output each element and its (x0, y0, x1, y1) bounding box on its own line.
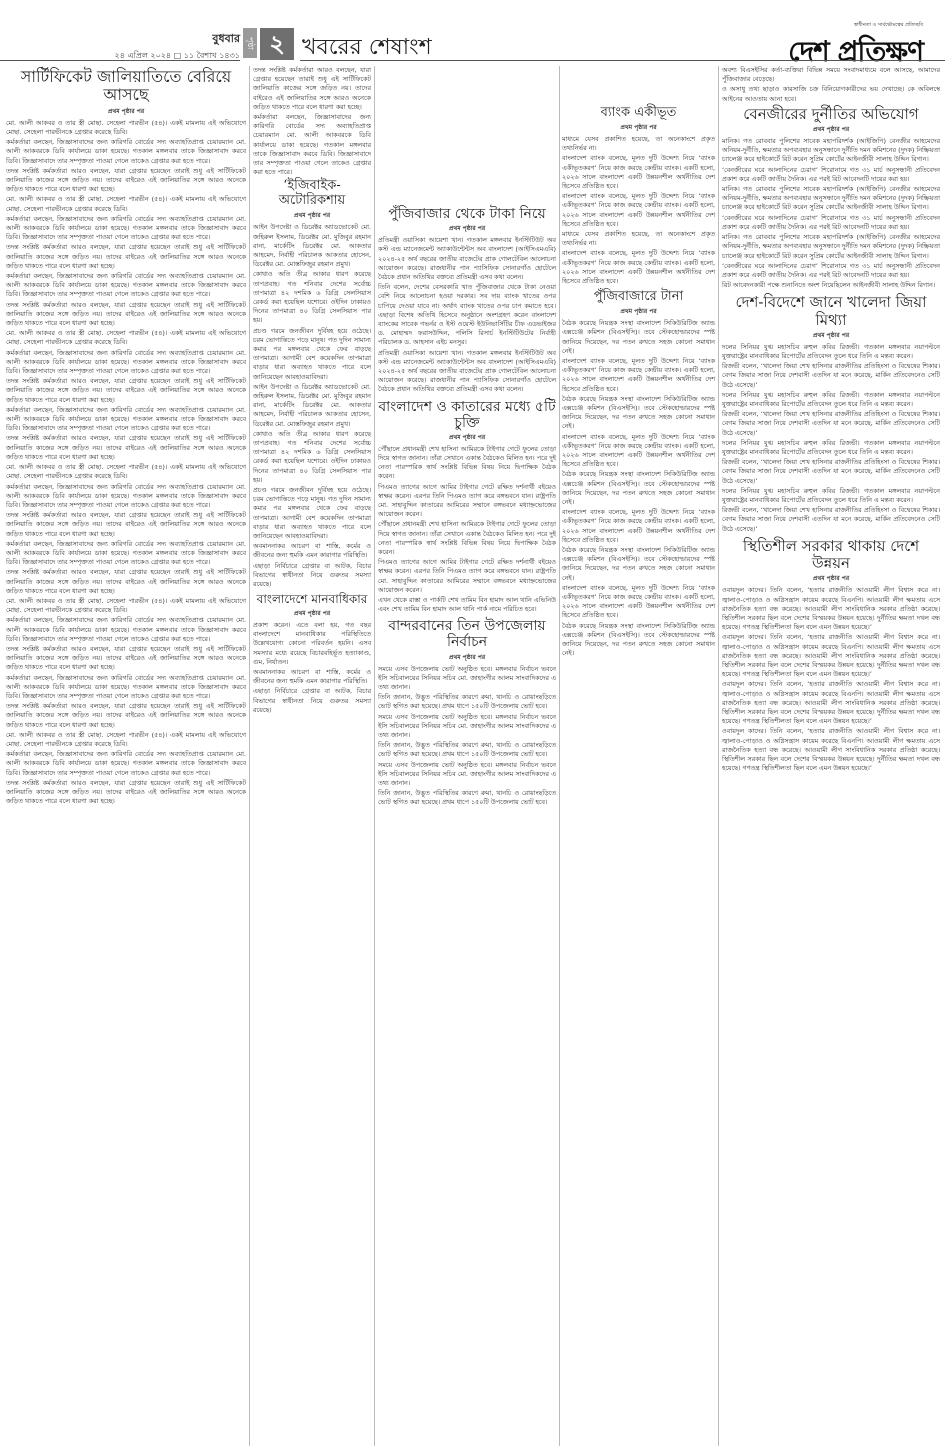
column-2: তদন্ত সংশ্লিষ্ট কর্মকর্তারা আরও বলছেন, য… (253, 66, 371, 719)
paragraph: তদন্ত সংশ্লিষ্ট কর্মকর্তারা আরও বলছেন, য… (6, 645, 246, 673)
paragraph: ‘বেনজীরের ঘরে আলাদিনের চেরাগ’ শিরোনামে গ… (722, 214, 940, 232)
article-body-continued: অবশ্য বিএসইসির কর্তা-ব্যক্তিরা বিভিন্ন স… (722, 66, 940, 104)
headline: ব্যাংক একীভূত (562, 106, 715, 121)
weekday: বুধবার (90, 30, 240, 49)
paragraph: মো. আলী আকবর ও তার স্ত্রী মোছা. সেহেলা প… (6, 731, 246, 749)
paragraph: প্রকাশ করেন। এতে বলা হয়, গত বছর বাংলাদে… (253, 621, 371, 667)
paragraph: তদন্ত সংশ্লিষ্ট কর্মকর্তারা আরও বলছেন, য… (253, 66, 371, 112)
paragraph: ওবায়দুল কাদের। তিনি বলেন, ‘হত্যার রাজনী… (722, 680, 940, 726)
kicker: প্রথম পৃষ্ঠার পর (562, 306, 715, 317)
paragraph: সময়ে এসব উপজেলায় ভোট অনুষ্ঠিত হবে। মঙ্… (378, 665, 556, 693)
article-bangladesh-qatar: বাংলাদেশ ও কাতারের মধ্যে ৫টি চুক্তি প্রথ… (378, 399, 556, 615)
paragraph: মো. আলী আকবর ও তার স্ত্রী মোছা. সেহেলা প… (6, 463, 246, 481)
paragraph: দলের সিনিয়র যুগ্ম মহাসচিব রুহুল কবির রি… (722, 487, 940, 505)
article-body: ওবায়দুল কাদের। তিনি বলেন, ‘হত্যার রাজনী… (722, 586, 940, 773)
paragraph: মো. আলী আকবর ও তার স্ত্রী মোছা. সেহেলা প… (6, 195, 246, 213)
paragraph: বাংলাদেশ ব্যাংক বলেছে, মূলত দুটি উদ্দেশ্… (562, 433, 715, 470)
paragraph: পৌঁছালে প্রধানমন্ত্রী শেখ হাসিনা আমিরকে … (378, 520, 556, 557)
article-benazir: বেনজীরের দুর্নীতির অভিযোগ প্রথম পৃষ্ঠার … (722, 106, 940, 291)
kicker: প্রথম পৃষ্ঠার পর (562, 122, 715, 133)
article-khaleda: দেশ-বিদেশে জানে খালেদা জিয়া মিথ্যা প্রথ… (722, 294, 940, 534)
section-title: খবরের শেষাংশ (302, 30, 432, 67)
paragraph: এছাড়া নির্বিচারে গ্রেপ্তার বা আটক, বিচা… (253, 562, 371, 590)
paragraph: প্রতিমন্ত্রী ওয়াসিকা আয়েশা খান। গতকাল … (378, 236, 556, 282)
article-body-continued: তদন্ত সংশ্লিষ্ট কর্মকর্তারা আরও বলছেন, য… (253, 66, 371, 177)
paragraph: তদন্ত সংশ্লিষ্ট কর্মকর্তারা আরও বলছেন, য… (6, 779, 246, 807)
article-body: মাধ্যমে যেসব প্রকাশিত হয়েছে, তা অনেকাংশ… (562, 135, 715, 286)
paragraph: রিট আবেদনকারী পক্ষে শুনানিতে অংশ নিয়েছি… (722, 281, 940, 290)
headline: পুঁজিবাজারে টানা (562, 290, 715, 305)
headline: বেনজীরের দুর্নীতির অভিযোগ (722, 106, 940, 123)
paragraph: মো. আলী আকবর ও তার স্ত্রী মোছা. সেহেলা প… (6, 597, 246, 615)
paragraph: মাধ্যমে যেসব প্রকাশিত হয়েছে, তা অনেকাংশ… (562, 230, 715, 248)
paragraph: মো. আলী আকবর ও তার স্ত্রী মোছা. সেহেলা প… (6, 329, 246, 347)
paragraph: অবশ্য বিএসইসির কর্তা-ব্যক্তিরা বিভিন্ন স… (722, 66, 940, 84)
headline: বাংলাদেশ ও কাতারের মধ্যে ৫টি চুক্তি (378, 399, 556, 431)
article-body: দলের সিনিয়র যুগ্ম মহাসচিব রুহুল কবির রি… (722, 343, 940, 534)
paragraph: প্রতিমন্ত্রী ওয়াসিকা আয়েশা খান। গতকাল … (378, 349, 556, 395)
paragraph: মাধ্যমে যেসব প্রকাশিত হয়েছে, তা অনেকাংশ… (562, 135, 715, 153)
paragraph: বৈঠক করেছে নিয়ন্ত্রক সংস্থা বাংলাদেশ সি… (562, 395, 715, 432)
article-body: মো. আলী আকবর ও তার স্ত্রী মোছা. সেহেলা প… (6, 119, 246, 807)
headline: বান্দরবানের তিন উপজেলায় নির্বাচন (378, 618, 556, 650)
article-bandarban: বান্দরবানের তিন উপজেলায় নির্বাচন প্রথম … (378, 618, 556, 807)
paragraph: কর্মকর্তারা বলছেন, জিজ্ঞাসাবাদের জন্য কা… (6, 750, 246, 778)
column-divider (249, 66, 250, 1446)
kicker: প্রথম পৃষ্ঠার পর (378, 432, 556, 443)
column-divider (718, 66, 719, 1446)
paragraph: তদন্ত সংশ্লিষ্ট কর্মকর্তারা আরও বলছেন, য… (6, 511, 246, 539)
paragraph: রিজভী বলেন, ‘খালেদা জিয়া শেখ হাসিনার রা… (722, 506, 940, 534)
paragraph: তদন্ত সংশ্লিষ্ট কর্মকর্তারা আরও বলছেন, য… (6, 243, 246, 271)
paragraph: কর্মকর্তারা বলছেন, জিজ্ঞাসাবাদের জন্য কা… (6, 483, 246, 511)
kicker: প্রথম পৃষ্ঠার পর (378, 652, 556, 663)
article-body: সময়ে এসব উপজেলায় ভোট অনুষ্ঠিত হবে। মঙ্… (378, 665, 556, 808)
kicker: প্রথম পৃষ্ঠার পর (253, 608, 371, 619)
paragraph: তিনি জানান, উদ্ভূত পরিস্থিতির কারণে রুমা… (378, 741, 556, 759)
header-rule-right (300, 60, 945, 61)
paragraph: কর্মকর্তারা বলছেন, জিজ্ঞাসাবাদের জন্য কা… (6, 674, 246, 702)
paragraph: বৈঠক করেছে নিয়ন্ত্রক সংস্থা বাংলাদেশ সি… (562, 622, 715, 659)
article-capital-market: পুঁজিবাজার থেকে টাকা নিয়ে প্রথম পৃষ্ঠার… (378, 206, 556, 395)
paragraph: ওবায়দুল কাদের। তিনি বলেন, ‘হত্যার রাজনী… (722, 727, 940, 773)
article-body: প্রকাশ করেন। এতে বলা হয়, গত বছর বাংলাদে… (253, 621, 371, 715)
paragraph: পৌঁছালে প্রধানমন্ত্রী শেখ হাসিনা আমিরকে … (378, 445, 556, 482)
paragraph: সময়ে এসব উপজেলায় ভোট অনুষ্ঠিত হবে। মঙ্… (378, 761, 556, 789)
paragraph: সময়ে এসব উপজেলায় ভোট অনুষ্ঠিত হবে। মঙ্… (378, 713, 556, 741)
article-body: পৌঁছালে প্রধানমন্ত্রী শেখ হাসিনা আমিরকে … (378, 445, 556, 615)
paragraph: ও অসাধু তথ্য ছাড়াও কারসাজি চক্র বিনিয়ো… (722, 85, 940, 103)
logo-tagline: স্বাধীনতা ও সার্বভৌমত্বের প্রতিচ্ছবি (788, 22, 923, 30)
paragraph: পিএমও ত্যাগের আগে আমির টাইগার গেটে রক্ষি… (378, 558, 556, 595)
paragraph: কর্মকর্তারা বলছেন, জিজ্ঞাসাবাদের জন্য কা… (6, 215, 246, 243)
kicker: প্রথম পৃষ্ঠার পর (722, 330, 940, 341)
issue-date: ২৪ এপ্রিল ২০২৪ □ ১১ বৈশাখ ১৪৩১ (90, 50, 240, 63)
paragraph: প্রচণ্ড গরমে জনজীবন দুর্বিষহ হয়ে ওঠেছে।… (253, 327, 371, 382)
column-divider (374, 66, 375, 1446)
paragraph: বাংলাদেশ ব্যাংক বলেছে, মূলত দুটি উদ্দেশ্… (562, 508, 715, 545)
paragraph: কোথাও অতি তীব্র আকার ধারণ করেছে তাপপ্রবা… (253, 430, 371, 485)
kicker: প্রথম পৃষ্ঠার পর (378, 223, 556, 234)
paragraph: কোথাও অতি তীব্র আকার ধারণ করেছে তাপপ্রবা… (253, 270, 371, 325)
paragraph: বাংলাদেশ ব্যাংক বলেছে, মূলত দুটি উদ্দেশ্… (562, 584, 715, 621)
paragraph: বাংলাদেশ ব্যাংক বলেছে, মূলত দুটি উদ্দেশ্… (562, 249, 715, 286)
paragraph: তদন্ত সংশ্লিষ্ট কর্মকর্তারা আরও বলছেন, য… (6, 702, 246, 730)
headline: ‘ইজিবাইক-অটোরিকশায় (253, 179, 371, 209)
paragraph: বৈঠক করেছে নিয়ন্ত্রক সংস্থা বাংলাদেশ সি… (562, 546, 715, 583)
headline: দেশ-বিদেশে জানে খালেদা জিয়া মিথ্যা (722, 294, 940, 329)
paragraph: রিজভী বলেন, ‘খালেদা জিয়া শেখ হাসিনার রা… (722, 410, 940, 438)
headline: বাংলাদেশে মানবাধিকার (253, 593, 371, 607)
kicker: প্রথম পৃষ্ঠার পর (6, 106, 246, 117)
paragraph: কর্মকর্তারা বলছেন, জিজ্ঞাসাবাদের জন্য কা… (6, 616, 246, 644)
paragraph: বাংলাদেশ ব্যাংক বলেছে, মূলত দুটি উদ্দেশ্… (562, 192, 715, 229)
paragraph: আইন উপদেষ্টা ও ডিরেক্টর অ্যাডভোকেট মো. জ… (253, 383, 371, 429)
paragraph: রিজভী বলেন, ‘খালেদা জিয়া শেখ হাসিনার রা… (722, 458, 940, 486)
paragraph: ওবায়দুল কাদের। তিনি বলেন, ‘হত্যার রাজনী… (722, 586, 940, 632)
article-easybike: ‘ইজিবাইক-অটোরিকশায় প্রথম পৃষ্ঠার পর আইন… (253, 179, 371, 589)
column-1: সার্টিফিকেট জালিয়াতিতে বেরিয়ে আসছে প্র… (6, 66, 246, 810)
kicker: প্রথম পৃষ্ঠার পর (722, 573, 940, 584)
paragraph: অবমাননাকর আচরণ বা শাস্তি, কর্মের ও জীবনে… (253, 542, 371, 560)
paragraph: কর্মকর্তারা বলছেন, জিজ্ঞাসাবাদের জন্য কা… (6, 138, 246, 166)
headline: স্থিতিশীল সরকার থাকায় দেশে উন্নয়ন (722, 538, 940, 573)
paragraph: তদন্ত সংশ্লিষ্ট কর্মকর্তারা আরও বলছেন, য… (6, 434, 246, 462)
page-number: ২ (260, 28, 294, 60)
paragraph: বৈঠক করেছে নিয়ন্ত্রক সংস্থা বাংলাদেশ সি… (562, 470, 715, 507)
article-bank-merger: ব্যাংক একীভূত প্রথম পৃষ্ঠার পর মাধ্যমে য… (562, 106, 715, 286)
kicker: প্রথম পৃষ্ঠার পর (722, 124, 940, 135)
kicker: প্রথম পৃষ্ঠার পর (253, 210, 371, 221)
article-body: আইন উপদেষ্টা ও ডিরেক্টর অ্যাডভোকেট মো. জ… (253, 223, 371, 589)
paragraph: তদন্ত সংশ্লিষ্ট কর্মকর্তারা আরও বলছেন, য… (6, 568, 246, 596)
paragraph: এখন থেকে রাস্তা ও পার্কটি শেখ তামিম বিন … (378, 596, 556, 614)
paragraph: দলের সিনিয়র যুগ্ম মহাসচিব রুহুল কবির রি… (722, 343, 940, 361)
paragraph: ‘বেনজীরের ঘরে আলাদিনের চেরাগ’ শিরোনামে গ… (722, 166, 940, 184)
paragraph: কর্মকর্তারা বলছেন, জিজ্ঞাসাবাদের জন্য কা… (6, 540, 246, 568)
page-label: পৃষ্ঠা (243, 28, 257, 58)
paragraph: কর্মকর্তারা বলছেন, জিজ্ঞাসাবাদের জন্য কা… (6, 349, 246, 377)
paragraph: বাংলাদেশ ব্যাংক বলেছে, মূলত দুটি উদ্দেশ্… (562, 154, 715, 191)
column-divider (559, 66, 560, 1446)
paragraph: মানিক। গত রোববার পুলিশের সাবেক মহাপরিদর্… (722, 137, 940, 165)
paragraph: তদন্ত সংশ্লিষ্ট কর্মকর্তারা আরও বলছেন, য… (6, 377, 246, 405)
paragraph: বৈঠক করেছে নিয়ন্ত্রক সংস্থা বাংলাদেশ সি… (562, 319, 715, 356)
paragraph: তদন্ত সংশ্লিষ্ট কর্মকর্তারা আরও বলছেন, য… (6, 301, 246, 329)
masthead: বুধবার ২৪ এপ্রিল ২০২৪ □ ১১ বৈশাখ ১৪৩১ পৃ… (0, 0, 945, 66)
headline: পুঁজিবাজার থেকে টাকা নিয়ে (378, 206, 556, 222)
paragraph: মো. আলী আকবর ও তার স্ত্রী মোছা. সেহেলা প… (6, 119, 246, 137)
paragraph: তদন্ত সংশ্লিষ্ট কর্মকর্তারা আরও বলছেন, য… (6, 167, 246, 195)
column-3: পুঁজিবাজার থেকে টাকা নিয়ে প্রথম পৃষ্ঠার… (378, 66, 556, 812)
column-4: ব্যাংক একীভূত প্রথম পৃষ্ঠার পর মাধ্যমে য… (562, 66, 715, 662)
paragraph: ‘বেনজীরের ঘরে আলাদিনের চেরাগ’ শিরোনামে গ… (722, 262, 940, 280)
paragraph: প্রচণ্ড গরমে জনজীবন দুর্বিষহ হয়ে ওঠেছে।… (253, 486, 371, 541)
paragraph: তিনি বলেন, দেশের বেসরকারি খাত পুঁজিবাজার… (378, 283, 556, 347)
article-body: মানিক। গত রোববার পুলিশের সাবেক মহাপরিদর্… (722, 137, 940, 290)
paragraph: আইন উপদেষ্টা ও ডিরেক্টর অ্যাডভোকেট মো. জ… (253, 223, 371, 269)
date-block: বুধবার ২৪ এপ্রিল ২০২৪ □ ১১ বৈশাখ ১৪৩১ (90, 30, 240, 63)
article-body: বৈঠক করেছে নিয়ন্ত্রক সংস্থা বাংলাদেশ সি… (562, 319, 715, 658)
paragraph: কর্মকর্তারা বলছেন, জিজ্ঞাসাবাদের জন্য কা… (6, 406, 246, 434)
paragraph: কর্মকর্তারা বলছেন, জিজ্ঞাসাবাদের জন্য কা… (6, 272, 246, 300)
headline: সার্টিফিকেট জালিয়াতিতে বেরিয়ে আসছে (6, 68, 246, 105)
paragraph: বাংলাদেশ ব্যাংক বলেছে, মূলত দুটি উদ্দেশ্… (562, 357, 715, 394)
paragraph: দলের সিনিয়র যুগ্ম মহাসচিব রুহুল কবির রি… (722, 391, 940, 409)
article-capital-market-2: পুঁজিবাজারে টানা প্রথম পৃষ্ঠার পর বৈঠক ক… (562, 290, 715, 658)
article-human-rights: বাংলাদেশে মানবাধিকার প্রথম পৃষ্ঠার পর প্… (253, 593, 371, 715)
paragraph: মানিক। গত রোববার পুলিশের সাবেক মহাপরিদর্… (722, 185, 940, 213)
article-stability: স্থিতিশীল সরকার থাকায় দেশে উন্নয়ন প্রথ… (722, 538, 940, 774)
article-body: প্রতিমন্ত্রী ওয়াসিকা আয়েশা খান। গতকাল … (378, 236, 556, 394)
paragraph: দলের সিনিয়র যুগ্ম মহাসচিব রুহুল কবির রি… (722, 439, 940, 457)
paragraph: ওবায়দুল কাদের। তিনি বলেন, ‘হত্যার রাজনী… (722, 633, 940, 679)
paragraph: কর্মকর্তারা বলছেন, জিজ্ঞাসাবাদের জন্য কা… (253, 113, 371, 177)
paragraph: মানিক। গত রোববার পুলিশের সাবেক মহাপরিদর্… (722, 233, 940, 261)
column-5: অবশ্য বিএসইসির কর্তা-ব্যক্তিরা বিভিন্ন স… (722, 66, 940, 777)
article-certificate: সার্টিফিকেট জালিয়াতিতে বেরিয়ে আসছে প্র… (6, 68, 246, 806)
paragraph: রিজভী বলেন, ‘খালেদা জিয়া শেখ হাসিনার রা… (722, 362, 940, 390)
paragraph: তিনি জানান, উদ্ভূত পরিস্থিতির কারণে রুমা… (378, 693, 556, 711)
paragraph: এছাড়া নির্বিচারে গ্রেপ্তার বা আটক, বিচা… (253, 687, 371, 715)
paragraph: অবমাননাকর আচরণ বা শাস্তি, কর্মের ও জীবনে… (253, 668, 371, 686)
header-rule-left (0, 60, 240, 61)
paragraph: পিএমও ত্যাগের আগে আমির টাইগার গেটে রক্ষি… (378, 483, 556, 520)
paragraph: তিনি জানান, উদ্ভূত পরিস্থিতির কারণে রুমা… (378, 789, 556, 807)
